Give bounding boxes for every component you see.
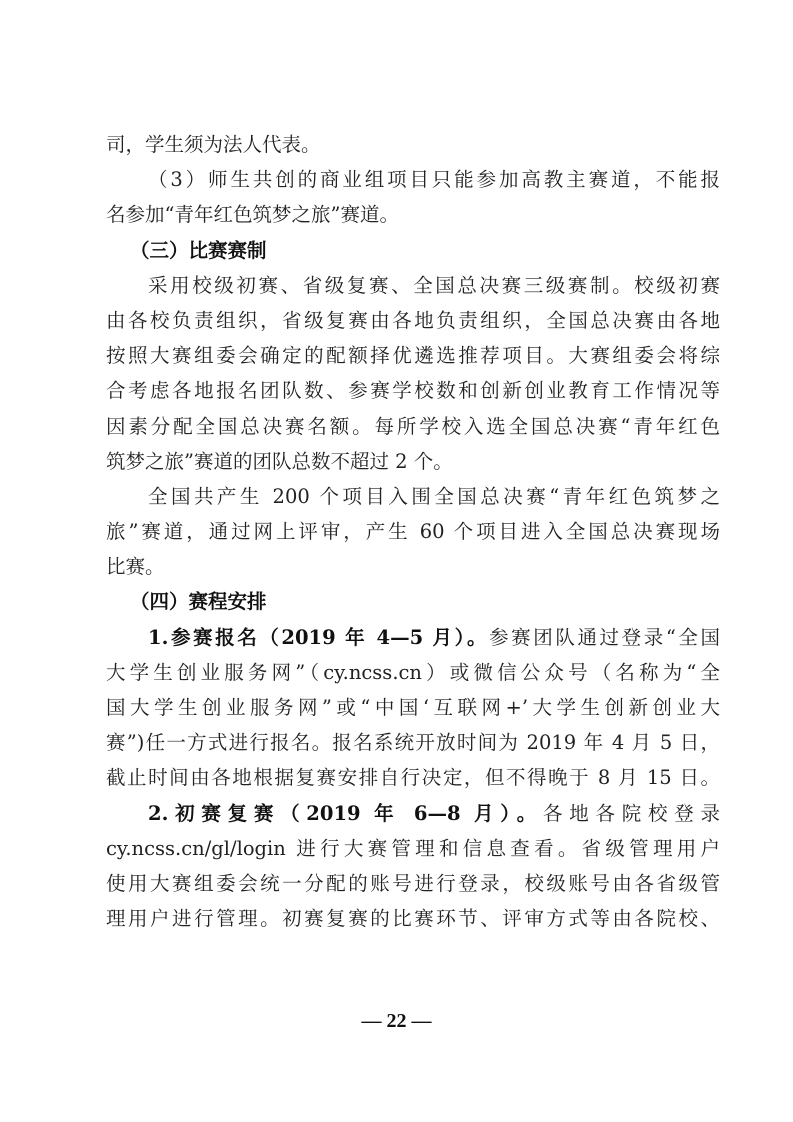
paragraph-line: 按照大赛组委会确定的配额择优遴选推荐项目。大赛组委会将综 [106, 338, 720, 373]
schedule-item-1-first-line: 1.参赛报名（2019 年 4—5 月）。参赛团队通过登录“全国 [106, 620, 720, 655]
document-page: 司，学生须为法人代表。 （3）师生共创的商业组项目只能参加高教主赛道，不能报 名… [106, 127, 720, 936]
paragraph-line: 使用大赛组委会统一分配的账号进行登录，校级账号由各省级管 [106, 866, 720, 901]
section-heading-3: （三）比赛赛制 [106, 233, 720, 268]
paragraph-line: 由各校负责组织，省级复赛由各地负责组织，全国总决赛由各地 [106, 303, 720, 338]
paragraph-line: cy.ncss.cn/gl/login 进行大赛管理和信息查看。省级管理用户 [106, 831, 720, 866]
paragraph-line: 合考虑各地报名团队数、参赛学校数和创新创业教育工作情况等 [106, 373, 720, 408]
schedule-item-2-text: 各地各院校登录 [543, 802, 720, 825]
paragraph-line: 旅”赛道，通过网上评审，产生 60 个项目进入全国总决赛现场 [106, 514, 720, 549]
schedule-item-2-first-line: 2.初赛复赛（2019 年 6—8 月）。各地各院校登录 [106, 796, 720, 831]
paragraph-line: 大学生创业服务网”（cy.ncss.cn）或微信公众号（名称为“全 [106, 655, 720, 690]
paragraph-line: 理用户进行管理。初赛复赛的比赛环节、评审方式等由各院校、 [106, 901, 720, 936]
paragraph-line: 名参加“青年红色筑梦之旅”赛道。 [106, 197, 720, 232]
schedule-item-1-text: 参赛团队通过登录“全国 [489, 626, 720, 649]
paragraph-line: 比赛。 [106, 549, 720, 584]
section-heading-4: （四）赛程安排 [106, 584, 720, 619]
paragraph-line: （3）师生共创的商业组项目只能参加高教主赛道，不能报 [106, 162, 720, 197]
schedule-item-2-title: 2.初赛复赛（2019 年 6—8 月）。 [148, 802, 543, 825]
paragraph-line: 国大学生创业服务网”或“中国‘互联网+’大学生创新创业大 [106, 690, 720, 725]
paragraph-line: 全国共产生 200 个项目入围全国总决赛“青年红色筑梦之 [106, 479, 720, 514]
paragraph-line: 采用校级初赛、省级复赛、全国总决赛三级赛制。校级初赛 [106, 268, 720, 303]
paragraph-line: 筑梦之旅”赛道的团队总数不超过 2 个。 [106, 444, 720, 479]
paragraph-line: 赛”)任一方式进行报名。报名系统开放时间为 2019 年 4 月 5 日， [106, 725, 720, 760]
paragraph-line: 司，学生须为法人代表。 [106, 127, 720, 162]
schedule-item-1-title: 1.参赛报名（2019 年 4—5 月）。 [148, 626, 489, 649]
page-number: — 22 — [0, 1010, 793, 1033]
paragraph-line: 截止时间由各地根据复赛安排自行决定，但不得晚于 8 月 15 日。 [106, 760, 720, 795]
paragraph-line: 因素分配全国总决赛名额。每所学校入选全国总决赛“青年红色 [106, 409, 720, 444]
